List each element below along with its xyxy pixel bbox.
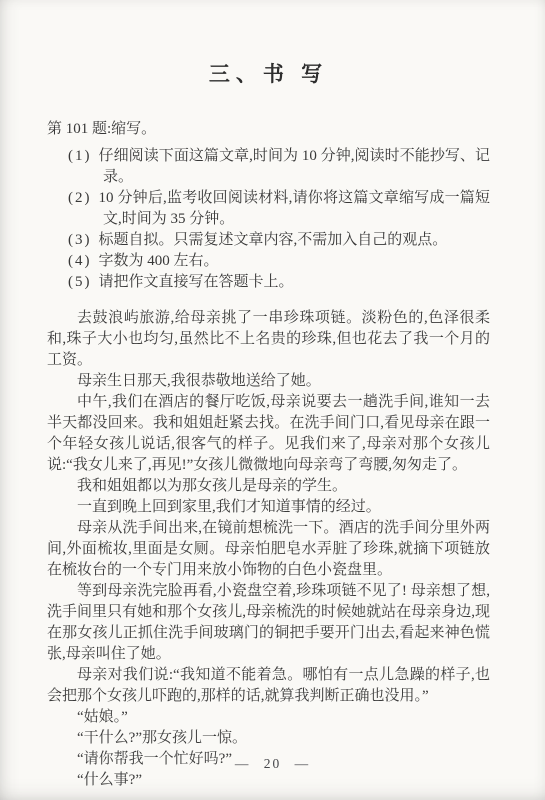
instruction-text: 10 分钟后,监考收回阅读材料,请你将这篇文章缩写成一篇短文,时间为 35 分钟… (99, 190, 491, 227)
story-paragraph: 中午,我们在酒店的餐厅吃饭,母亲说要去一趟洗手间,谁知一去半天都没回来。我和姐姐… (47, 392, 490, 476)
instruction-marker: (2) (68, 190, 92, 206)
instruction-item-1: (1)仔细阅读下面这篇文章,时间为 10 分钟,阅读时不能抄写、记录。 (68, 146, 490, 188)
story-paragraph: 去鼓浪屿旅游,给母亲挑了一串珍珠项链。淡粉色的,色泽很柔和,珠子大小也均匀,虽然… (47, 308, 490, 371)
instruction-item-4: (4)字数为 400 左右。 (68, 251, 490, 272)
story-paragraph: 母亲对我们说:“我知道不能着急。哪怕有一点儿急躁的样子,也会把那个女孩儿吓跑的,… (47, 665, 490, 707)
story-paragraph: 我和姐姐都以为那女孩儿是母亲的学生。 (47, 476, 490, 497)
question-heading: 第 101 题:缩写。 (47, 119, 490, 140)
instruction-marker: (4) (68, 253, 92, 269)
story-paragraph: “干什么?”那女孩儿一惊。 (47, 728, 490, 749)
page-number: — 20 — (0, 756, 545, 772)
story-paragraph: “姑娘。” (47, 707, 490, 728)
story-paragraph: 母亲生日那天,我很恭敬地送给了她。 (47, 371, 490, 392)
instruction-marker: (5) (68, 274, 92, 290)
instruction-item-2: (2)10 分钟后,监考收回阅读材料,请你将这篇文章缩写成一篇短文,时间为 35… (68, 188, 490, 230)
instruction-text: 请把作文直接写在答题卡上。 (99, 274, 294, 290)
instruction-text: 标题自拟。只需复述文章内容,不需加入自己的观点。 (99, 232, 448, 248)
instruction-marker: (1) (68, 148, 92, 164)
instruction-item-3: (3)标题自拟。只需复述文章内容,不需加入自己的观点。 (68, 230, 490, 251)
story-paragraph: “什么事?” (47, 770, 490, 791)
instruction-marker: (3) (68, 232, 92, 248)
page-content: 三、书 写 第 101 题:缩写。 (1)仔细阅读下面这篇文章,时间为 10 分… (47, 0, 490, 791)
instruction-text: 仔细阅读下面这篇文章,时间为 10 分钟,阅读时不能抄写、记录。 (99, 148, 491, 185)
story-text: 去鼓浪屿旅游,给母亲挑了一串珍珠项链。淡粉色的,色泽很柔和,珠子大小也均匀,虽然… (47, 308, 490, 791)
story-paragraph: 母亲从洗手间出来,在镜前想梳洗一下。酒店的洗手间分里外两间,外面梳妆,里面是女厕… (47, 518, 490, 581)
story-paragraph: 一直到晚上回到家里,我们才知道事情的经过。 (47, 497, 490, 518)
story-paragraph: 等到母亲洗完脸再看,小瓷盘空着,珍珠项链不见了! 母亲想了想,洗手间里只有她和那… (47, 581, 490, 665)
scanned-page: 三、书 写 第 101 题:缩写。 (1)仔细阅读下面这篇文章,时间为 10 分… (0, 0, 545, 800)
section-title: 三、书 写 (47, 58, 490, 88)
instruction-list: (1)仔细阅读下面这篇文章,时间为 10 分钟,阅读时不能抄写、记录。 (2)1… (47, 146, 490, 293)
instruction-item-5: (5)请把作文直接写在答题卡上。 (68, 272, 490, 293)
instruction-text: 字数为 400 左右。 (99, 253, 219, 269)
